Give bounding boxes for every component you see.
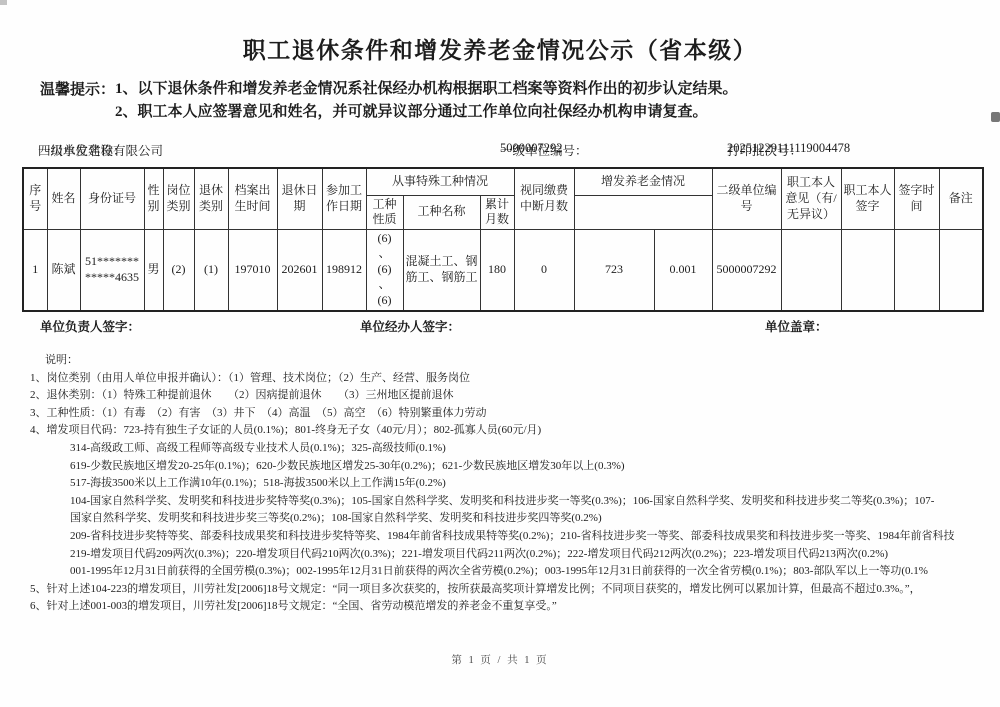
scan-artifact (0, 0, 7, 5)
cell-remark (939, 229, 983, 310)
note-line: 6、针对上述001-003的增发项目，川劳社发[2006]18号文规定：“全国、… (0, 598, 1000, 616)
table-row: 1 陈斌 51******* *****4635 男 (2) (1) 19701… (23, 229, 983, 310)
note-line: 517-海拔3500米以上工作满10年(0.1%)；518-海拔3500米以上工… (0, 475, 1000, 493)
cell-add-item: 723 (574, 229, 654, 310)
cell-post-type: (2) (163, 229, 194, 310)
cell-sign-time (894, 229, 939, 310)
cell-add-ratio: 0.001 (654, 229, 712, 310)
col-group-special-work: 从事特殊工种情况 (366, 168, 514, 195)
col-header-self-sign: 职工本人签字 (841, 168, 894, 229)
col-group-pension-add: 增发养老金情况 (574, 168, 712, 195)
cell-unit2-code: 5000007292 (712, 229, 781, 310)
document-page: 职工退休条件和增发养老金情况公示（省本级） 温馨提示： 1、以下退休条件和增发养… (0, 0, 1000, 707)
scan-artifact (991, 112, 1000, 122)
col-header-sign-time: 签字时间 (894, 168, 939, 229)
page-number-footer: 第 1 页 / 共 1 页 (0, 652, 1000, 667)
col-header-work-date: 参加工作日期 (322, 168, 366, 229)
notice-line: 2、职工本人应签署意见和姓名，并可就异议部分通过工作单位向社保经办机构申请复查。 (115, 101, 738, 124)
col-header-deemed-interrupt: 视同缴费中断月数 (514, 168, 574, 229)
note-line: 001-1995年12月31日前获得的全国劳模(0.3%)；002-1995年1… (0, 563, 1000, 581)
col-header-id: 身份证号 (80, 168, 144, 229)
col-header-remark: 备注 (939, 168, 983, 229)
notes-block: 说明：1、岗位类别（由用人单位申报并确认）：（1）管理、技术岗位；（2）生产、经… (0, 352, 1000, 616)
col-header-work-nature: 工种性质 (366, 195, 403, 229)
cell-retire-type: (1) (194, 229, 228, 310)
note-line: 209-省科技进步奖特等奖、部委科技成果奖和科技进步奖特等奖、1984年前省科技… (0, 528, 1000, 546)
col-header-retire-date: 退休日期 (277, 168, 322, 229)
col-header-gender: 性别 (144, 168, 163, 229)
note-line: 4、增发项目代码：723-持有独生子女证的人员(0.1%)；801-终身无子女（… (0, 422, 1000, 440)
unit-seal-label: 单位盖章： (765, 317, 828, 335)
col-header-file-birth: 档案出生时间 (228, 168, 277, 229)
cell-id: 51******* *****4635 (80, 229, 144, 310)
col-header-name: 姓名 (47, 168, 80, 229)
notice-lines: 1、以下退休条件和增发养老金情况系社保经办机构根据职工档案等资料作出的初步认定结… (115, 78, 738, 124)
cell-opinion (781, 229, 841, 310)
note-line: 104-国家自然科学奖、发明奖和科技进步奖特等奖(0.3%)；105-国家自然科… (0, 493, 1000, 511)
unit-handler-signature-label: 单位经办人签字： (360, 317, 460, 335)
note-line: 219-增发项目代码209两次(0.3%)；220-增发项目代码210两次(0.… (0, 546, 1000, 564)
note-line: 1、岗位类别（由用人单位申报并确认）：（1）管理、技术岗位；（2）生产、经营、服… (0, 370, 1000, 388)
cell-work-nature: (6) 、 (6) 、 (6) (366, 229, 403, 310)
col-header-total-months: 累计月数 (480, 195, 514, 229)
cell-self-sign (841, 229, 894, 310)
retirement-table: 序号 姓名 身份证号 性别 岗位类别 退休类别 档案出生时间 退休日期 参加工作… (22, 167, 984, 312)
note-line: 2、退休类别：（1）特殊工种提前退休 （2）因病提前退休 （3）三州地区提前退休 (0, 387, 1000, 405)
cell-work-date: 198912 (322, 229, 366, 310)
notice-line: 1、以下退休条件和增发养老金情况系社保经办机构根据职工档案等资料作出的初步认定结… (115, 78, 738, 101)
page-title: 职工退休条件和增发养老金情况公示（省本级） (0, 32, 1000, 65)
cell-deemed-interrupt: 0 (514, 229, 574, 310)
cell-seq: 1 (23, 229, 47, 310)
note-line: 5、针对上述104-223的增发项目，川劳社发[2006]18号文规定：“同一项… (0, 581, 1000, 599)
note-line: 314-高级政工师、高级工程师等高级专业技术人员(0.1%)；325-高级技师(… (0, 440, 1000, 458)
cell-retire-date: 202601 (277, 229, 322, 310)
note-line: 3、工种性质：（1）有毒 （2）有害 （3）井下 （4）高温 （5）高空 （6）… (0, 405, 1000, 423)
col-header-post-type: 岗位类别 (163, 168, 194, 229)
cell-gender: 男 (144, 229, 163, 310)
col-header-seq: 序号 (23, 168, 47, 229)
col-header-unit2-code: 二级单位编号 (712, 168, 781, 229)
unit-leader-signature-label: 单位负责人签字： (40, 317, 140, 335)
cell-name: 陈斌 (47, 229, 80, 310)
notice-block: 温馨提示： 1、以下退休条件和增发养老金情况系社保经办机构根据职工档案等资料作出… (40, 78, 738, 124)
cell-work-name: 混凝土工、钢筋工、钢筋工 (403, 229, 480, 310)
col-header-retire-type: 退休类别 (194, 168, 228, 229)
col-header-opinion: 职工本人意见（有/无异议） (781, 168, 841, 229)
note-line: 说明： (0, 352, 1000, 370)
cell-total-months: 180 (480, 229, 514, 310)
col-header-work-name: 工种名称 (403, 195, 480, 229)
notice-label: 温馨提示： (40, 78, 115, 124)
note-line: 619-少数民族地区增发20-25年(0.1%)；620-少数民族地区增发25-… (0, 458, 1000, 476)
note-line: 国家自然科学奖、发明奖和科技进步奖三等奖(0.2%)；108-国家自然科学奖、发… (0, 510, 1000, 528)
cell-file-birth: 197010 (228, 229, 277, 310)
